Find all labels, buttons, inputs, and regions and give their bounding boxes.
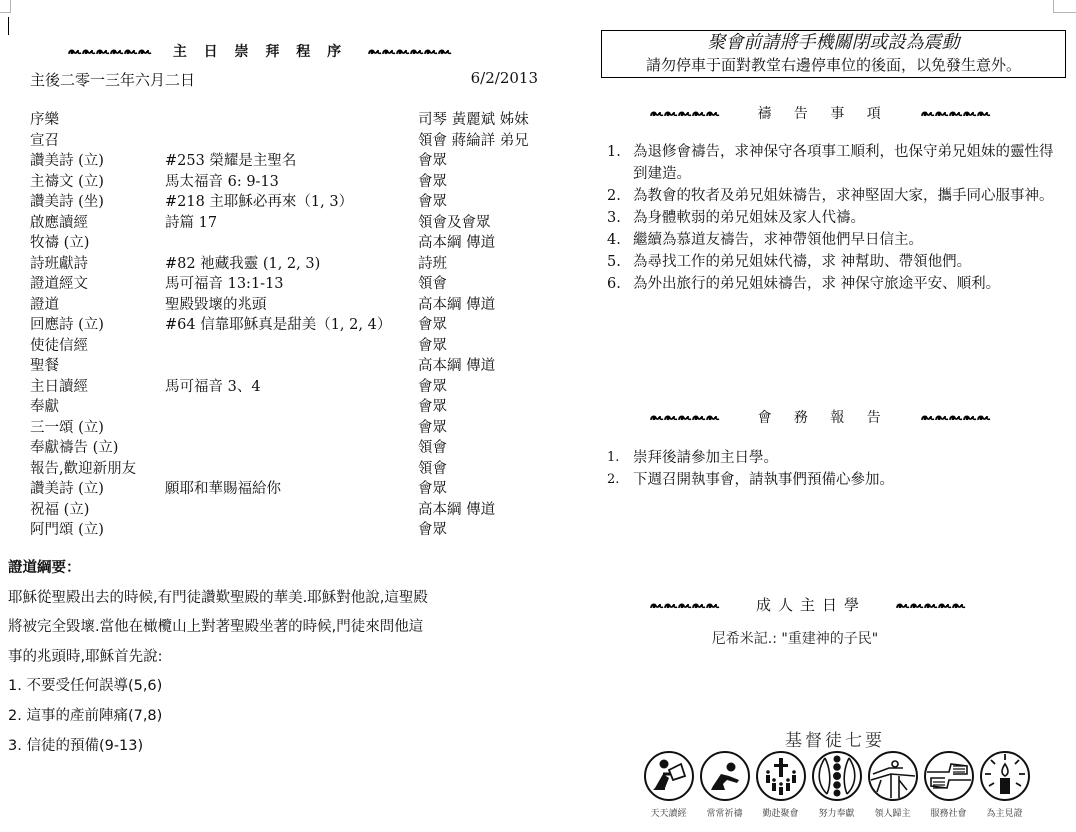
prayer-item: 1. 為退修會禱告，求神保守各項事工順利，也保守弟兄姐妹的靈性得到建造。 — [607, 141, 1067, 185]
item-number: 2. — [607, 469, 633, 491]
ornament-right-icon — [896, 602, 966, 610]
essential-item: 勤赴聚會 — [753, 750, 808, 819]
program-leader: 司琴 黃麗斌 姊妹 — [418, 110, 550, 131]
program-row: 奉獻 會眾 — [30, 397, 550, 418]
program-leader: 詩班 — [418, 254, 550, 275]
program-row: 聖餐 高本綱 傳道 — [30, 356, 550, 377]
program-item: 奉獻禱告 (立) — [30, 438, 165, 459]
program-detail: 願耶和華賜福給你 — [165, 479, 418, 500]
program-leader: 會眾 — [418, 336, 550, 357]
program-detail — [165, 336, 418, 357]
ornament-right-icon — [368, 48, 452, 56]
item-text: 為身體軟弱的弟兄姐妹及家人代禱。 — [633, 207, 865, 229]
program-detail — [165, 356, 418, 377]
program-leader: 會眾 — [418, 397, 550, 418]
ornament-left-icon — [650, 414, 720, 422]
program-row: 奉獻禱告 (立) 領會 — [30, 438, 550, 459]
prayer-item: 6. 為外出旅行的弟兄姐妹禱告，求 神保守旅途平安、順利。 — [607, 273, 1067, 295]
item-text: 下週召開執事會，請執事們預備心參加。 — [633, 469, 894, 491]
program-detail: #218 主耶穌必再來（1, 3） — [165, 192, 418, 213]
program-item: 牧禱 (立) — [30, 233, 165, 254]
program-detail — [165, 459, 418, 480]
date-row: 主後二零一三年六月二日 6/2/2013 — [30, 69, 538, 90]
program-row: 證道 聖殿毀壞的兆頭 高本綱 傳道 — [30, 295, 550, 316]
program-detail — [165, 520, 418, 541]
program-row: 宣召 領會 蔣綸詳 弟兄 — [30, 131, 550, 152]
seven-essentials-title: 基督徒七要 — [720, 726, 950, 751]
reading-bible-icon — [643, 750, 695, 802]
program-row: 主日讀經 馬可福音 3、4 會眾 — [30, 377, 550, 398]
program-row: 使徒信經 會眾 — [30, 336, 550, 357]
sermon-point: 2. 這事的產前陣痛(7,8) — [8, 702, 518, 732]
program-leader: 高本綱 傳道 — [418, 500, 550, 521]
essential-item: 為主見證 — [977, 750, 1032, 819]
program-item: 阿門頌 (立) — [30, 520, 165, 541]
program-item: 祝福 (立) — [30, 500, 165, 521]
program-item: 回應詩 (立) — [30, 315, 165, 336]
program-detail — [165, 500, 418, 521]
sermon-point: 1. 不要受任何誤導(5,6) — [8, 672, 518, 702]
essential-label: 勤赴聚會 — [762, 806, 798, 819]
program-detail: 馬可福音 13:1-13 — [165, 274, 418, 295]
sermon-text-line: 耶穌從聖殿出去的時候,有門徒讚歎聖殿的華美.耶穌對他說,這聖殿 — [8, 584, 518, 614]
notice-box: 聚會前請將手機關閉或設為震動 請勿停車于面對教堂右邊停車位的後面，以免發生意外。 — [601, 30, 1066, 78]
ornament-left-icon — [68, 48, 152, 56]
program-leader: 會眾 — [418, 172, 550, 193]
sermon-text-line: 將被完全毀壞.當他在橄欖山上對著聖殿坐著的時候,門徒來問他這 — [8, 613, 518, 643]
essential-label: 天天讀經 — [650, 806, 686, 819]
program-leader: 高本綱 傳道 — [418, 233, 550, 254]
program-row: 序樂 司琴 黃麗斌 姊妹 — [30, 110, 550, 131]
item-number: 4. — [607, 229, 633, 251]
ornament-left-icon — [650, 602, 720, 610]
program-item: 詩班獻詩 — [30, 254, 165, 275]
program-leader: 會眾 — [418, 192, 550, 213]
item-text: 為教會的牧者及弟兄姐妹禱告，求神堅固大家，攜手同心服事神。 — [633, 185, 1054, 207]
prayer-item: 2. 為教會的牧者及弟兄姐妹禱告，求神堅固大家，攜手同心服事神。 — [607, 185, 1067, 207]
church-report-title: 會 務 報 告 — [757, 410, 889, 426]
program-item: 證道經文 — [30, 274, 165, 295]
item-number: 1. — [607, 447, 633, 469]
program-item: 聖餐 — [30, 356, 165, 377]
essential-item: 天天讀經 — [641, 750, 696, 819]
essential-item: 服務社會 — [921, 750, 976, 819]
program-row: 回應詩 (立) #64 信靠耶穌真是甜美（1, 2, 4） 會眾 — [30, 315, 550, 336]
program-title: 主 日 崇 拜 程 序 — [173, 44, 347, 60]
prayer-section-header: 禱 告 事 項 — [650, 103, 980, 123]
program-row: 啟應讀經 詩篇 17 領會及會眾 — [30, 213, 550, 234]
program-row: 牧禱 (立) 高本綱 傳道 — [30, 233, 550, 254]
date-chinese: 主後二零一三年六月二日 — [30, 69, 195, 90]
parking-notice: 請勿停車于面對教堂右邊停車位的後面，以免發生意外。 — [602, 54, 1065, 76]
ornament-left-icon — [650, 110, 720, 118]
program-detail — [165, 131, 418, 152]
sunday-school-topic: 尼希米記.: "重建神的子民" — [630, 628, 960, 648]
program-row: 詩班獻詩 #82 祂藏我靈 (1, 2, 3) 詩班 — [30, 254, 550, 275]
essential-label: 為主見證 — [986, 806, 1022, 819]
item-text: 為外出旅行的弟兄姐妹禱告，求 神保守旅途平安、順利。 — [633, 273, 1000, 295]
prayer-item: 4. 繼續為慕道友禱告，求神帶領他們早日信主。 — [607, 229, 1067, 251]
program-detail: 詩篇 17 — [165, 213, 418, 234]
program-leader: 會眾 — [418, 151, 550, 172]
item-number: 2. — [607, 185, 633, 207]
program-row: 阿門頌 (立) 會眾 — [30, 520, 550, 541]
prayer-item: 3. 為身體軟弱的弟兄姐妹及家人代禱。 — [607, 207, 1067, 229]
worship-program-column: 主 日 崇 拜 程 序 主後二零一三年六月二日 6/2/2013 序樂 司琴 黃… — [0, 0, 560, 832]
program-leader: 會眾 — [418, 315, 550, 336]
program-detail: 馬可福音 3、4 — [165, 377, 418, 398]
program-leader: 會眾 — [418, 520, 550, 541]
essential-item: 常常祈禱 — [697, 750, 752, 819]
program-detail: #64 信靠耶穌真是甜美（1, 2, 4） — [165, 315, 418, 336]
essential-label: 服務社會 — [930, 806, 966, 819]
program-leader: 會眾 — [418, 479, 550, 500]
phone-notice: 聚會前請將手機關閉或設為震動 — [602, 32, 1065, 54]
program-row: 讚美詩 (立) #253 榮耀是主聖名 會眾 — [30, 151, 550, 172]
report-item: 1. 崇拜後請參加主日學。 — [607, 447, 1067, 469]
program-detail: 馬太福音 6: 9-13 — [165, 172, 418, 193]
program-detail — [165, 418, 418, 439]
program-leader: 領會及會眾 — [418, 213, 550, 234]
item-number: 1. — [607, 141, 633, 185]
essential-label: 努力奉獻 — [818, 806, 854, 819]
serving-hands-icon — [923, 750, 975, 802]
program-item: 序樂 — [30, 110, 165, 131]
program-detail: 聖殿毀壞的兆頭 — [165, 295, 418, 316]
program-detail — [165, 110, 418, 131]
program-leader: 高本綱 傳道 — [418, 356, 550, 377]
program-leader: 會眾 — [418, 418, 550, 439]
program-header: 主 日 崇 拜 程 序 — [0, 41, 520, 61]
program-item: 奉獻 — [30, 397, 165, 418]
church-report-header: 會 務 報 告 — [650, 407, 980, 427]
sermon-text-line: 事的兆頭時,耶穌首先說: — [8, 643, 518, 673]
program-row: 主禱文 (立) 馬太福音 6: 9-13 會眾 — [30, 172, 550, 193]
fish-offering-icon — [811, 750, 863, 802]
essential-item: 領人歸主 — [865, 750, 920, 819]
program-item: 主禱文 (立) — [30, 172, 165, 193]
kneeling-prayer-icon — [699, 750, 751, 802]
program-row: 祝福 (立) 高本綱 傳道 — [30, 500, 550, 521]
prayer-item: 5. 為尋找工作的弟兄姐妹代禱，求 神幫助、帶領他們。 — [607, 251, 1067, 273]
program-item: 報告,歡迎新朋友 — [30, 459, 165, 480]
sermon-outline: 證道綱要： 耶穌從聖殿出去的時候,有門徒讚歎聖殿的華美.耶穌對他說,這聖殿 將被… — [8, 554, 518, 761]
program-leader: 領會 — [418, 459, 550, 480]
program-row: 讚美詩 (坐) #218 主耶穌必再來（1, 3） 會眾 — [30, 192, 550, 213]
program-detail — [165, 397, 418, 418]
leading-people-icon — [867, 750, 919, 802]
congregation-cross-icon — [755, 750, 807, 802]
sunday-school-title: 成人主日學 — [756, 596, 866, 614]
essential-label: 常常祈禱 — [706, 806, 742, 819]
program-leader: 會眾 — [418, 377, 550, 398]
item-text: 崇拜後請參加主日學。 — [633, 447, 778, 469]
program-item: 啟應讀經 — [30, 213, 165, 234]
program-row: 三一頌 (立) 會眾 — [30, 418, 550, 439]
item-text: 為尋找工作的弟兄姐妹代禱，求 神幫助、帶領他們。 — [633, 251, 971, 273]
program-item: 讚美詩 (立) — [30, 151, 165, 172]
church-report-list: 1. 崇拜後請參加主日學。 2. 下週召開執事會，請執事們預備心參加。 — [607, 447, 1067, 491]
item-text: 為退修會禱告，求神保守各項事工順利，也保守弟兄姐妹的靈性得到建造。 — [633, 141, 1067, 185]
program-item: 使徒信經 — [30, 336, 165, 357]
program-leader: 領會 蔣綸詳 弟兄 — [418, 131, 550, 152]
program-item: 主日讀經 — [30, 377, 165, 398]
date-numeric: 6/2/2013 — [471, 69, 538, 90]
sermon-outline-title: 證道綱要： — [8, 554, 518, 584]
program-detail — [165, 233, 418, 254]
essential-label: 領人歸主 — [874, 806, 910, 819]
item-number: 3. — [607, 207, 633, 229]
page-corner-mark — [1053, 0, 1076, 13]
program-item: 讚美詩 (立) — [30, 479, 165, 500]
program-detail — [165, 438, 418, 459]
item-text: 繼續為慕道友禱告，求神帶領他們早日信主。 — [633, 229, 923, 251]
prayer-title: 禱 告 事 項 — [757, 106, 889, 122]
prayer-list: 1. 為退修會禱告，求神保守各項事工順利，也保守弟兄姐妹的靈性得到建造。 2. … — [607, 141, 1067, 295]
ornament-right-icon — [921, 110, 991, 118]
ornament-right-icon — [921, 414, 991, 422]
candle-witness-icon — [979, 750, 1031, 802]
program-row: 讚美詩 (立) 願耶和華賜福給你 會眾 — [30, 479, 550, 500]
program-leader: 領會 — [418, 274, 550, 295]
sermon-point: 3. 信徒的預備(9-13) — [8, 732, 518, 762]
sunday-school-header: 成人主日學 — [650, 594, 966, 615]
program-detail: #82 祂藏我靈 (1, 2, 3) — [165, 254, 418, 275]
item-number: 5. — [607, 251, 633, 273]
program-row: 報告,歡迎新朋友 領會 — [30, 459, 550, 480]
seven-essentials: 天天讀經 常常祈禱 勤赴聚會 — [641, 750, 1032, 819]
program-row: 證道經文 馬可福音 13:1-13 領會 — [30, 274, 550, 295]
essential-item: 努力奉獻 — [809, 750, 864, 819]
program-detail: #253 榮耀是主聖名 — [165, 151, 418, 172]
program-item: 讚美詩 (坐) — [30, 192, 165, 213]
report-item: 2. 下週召開執事會，請執事們預備心參加。 — [607, 469, 1067, 491]
program-leader: 高本綱 傳道 — [418, 295, 550, 316]
item-number: 6. — [607, 273, 633, 295]
program-item: 證道 — [30, 295, 165, 316]
program-item: 三一頌 (立) — [30, 418, 165, 439]
program-item: 宣召 — [30, 131, 165, 152]
program-leader: 領會 — [418, 438, 550, 459]
program-table: 序樂 司琴 黃麗斌 姊妹 宣召 領會 蔣綸詳 弟兄 讚美詩 (立) #253 榮… — [30, 110, 550, 541]
